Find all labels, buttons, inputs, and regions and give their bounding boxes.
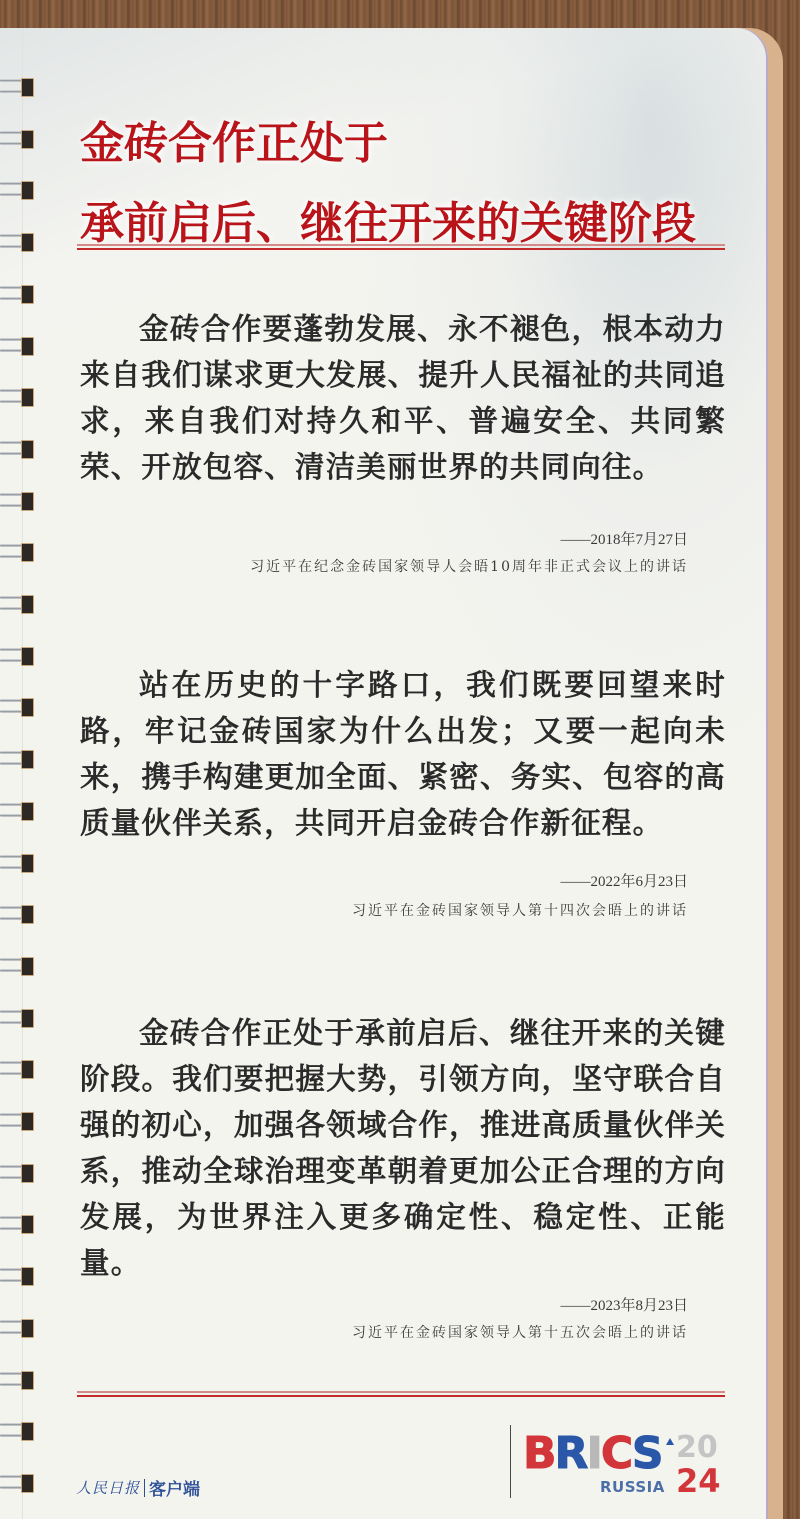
spiral-binding <box>0 0 40 1519</box>
spiral-ring-icon <box>0 231 36 253</box>
brics-year-top: 20 <box>676 1432 718 1464</box>
spiral-ring-icon <box>0 76 36 98</box>
spiral-ring-icon <box>0 386 36 408</box>
quote-3-source: 习近平在金砖国家领导人第十五次会晤上的讲话 <box>352 1322 688 1342</box>
spiral-ring-icon <box>0 955 36 977</box>
triangle-icon <box>666 1438 674 1445</box>
brics-letter-b: B <box>523 1428 555 1479</box>
spiral-ring-icon <box>0 593 36 615</box>
quote-3-text: 金砖合作正处于承前启后、继往开来的关键阶段。我们要把握大势，引领方向，坚守联合自… <box>80 1010 726 1286</box>
spiral-ring-icon <box>0 1265 36 1287</box>
spiral-ring-icon <box>0 541 36 563</box>
notebook-page: 金砖合作正处于 承前启后、继往开来的关键阶段 金砖合作要蓬勃发展、永不褪色，根本… <box>0 28 768 1519</box>
spiral-ring-icon <box>0 748 36 770</box>
publisher-app-label: 客户端 <box>149 1475 200 1500</box>
spiral-ring-icon <box>0 903 36 925</box>
quote-3-date: ——2023年8月23日 <box>560 1294 688 1315</box>
publisher-logo-separator <box>144 1479 145 1497</box>
brics-letter-c: C <box>601 1428 632 1479</box>
publisher-brand: 人民日报 <box>76 1477 140 1498</box>
quote-2-date: ——2022年6月23日 <box>560 870 688 891</box>
quote-2-text: 站在历史的十字路口，我们既要回望来时路，牢记金砖国家为什么出发；又要一起向未来，… <box>80 662 726 846</box>
quote-2-source: 习近平在金砖国家领导人第十四次会晤上的讲话 <box>352 900 688 920</box>
spiral-ring-icon <box>0 645 36 667</box>
spiral-ring-icon <box>0 490 36 512</box>
spiral-ring-icon <box>0 1110 36 1132</box>
spiral-ring-icon <box>0 1369 36 1391</box>
brics-2024-logo: BRICS 20 24 RUSSIA <box>523 1432 733 1500</box>
spiral-ring-icon <box>0 800 36 822</box>
quote-1-date: ——2018年7月27日 <box>560 528 688 549</box>
spiral-ring-icon <box>0 1317 36 1339</box>
footer-vertical-divider <box>510 1425 511 1498</box>
publisher-logo: 人民日报 客户端 <box>76 1475 200 1500</box>
spiral-ring-icon <box>0 179 36 201</box>
brics-letter-r: R <box>555 1428 587 1479</box>
brics-country: RUSSIA <box>600 1478 665 1496</box>
spiral-ring-icon <box>0 335 36 357</box>
title-line-1: 金砖合作正处于 <box>80 104 696 184</box>
title-line-2: 承前启后、继往开来的关键阶段 <box>80 184 696 264</box>
quote-1-text: 金砖合作要蓬勃发展、永不褪色，根本动力来自我们谋求更大发展、提升人民福祉的共同追… <box>80 306 726 490</box>
footer-divider <box>77 1391 725 1397</box>
spiral-ring-icon <box>0 1007 36 1029</box>
spiral-ring-icon <box>0 1420 36 1442</box>
spiral-ring-icon <box>0 438 36 460</box>
page-title: 金砖合作正处于 承前启后、继往开来的关键阶段 <box>80 104 696 264</box>
title-divider <box>77 244 725 250</box>
spiral-ring-icon <box>0 1162 36 1184</box>
brics-letter-i: I <box>586 1428 600 1479</box>
spiral-ring-icon <box>0 1472 36 1494</box>
spiral-ring-icon <box>0 696 36 718</box>
quote-1-source: 习近平在纪念金砖国家领导人会晤10周年非正式会议上的讲话 <box>250 556 688 576</box>
spiral-ring-icon <box>0 852 36 874</box>
brics-wordmark: BRICS <box>523 1432 662 1476</box>
spiral-ring-icon <box>0 1213 36 1235</box>
brics-letter-s: S <box>632 1428 662 1479</box>
spiral-ring-icon <box>0 128 36 150</box>
spiral-ring-icon <box>0 283 36 305</box>
brics-year-bottom: 24 <box>676 1464 721 1498</box>
spiral-ring-icon <box>0 1058 36 1080</box>
